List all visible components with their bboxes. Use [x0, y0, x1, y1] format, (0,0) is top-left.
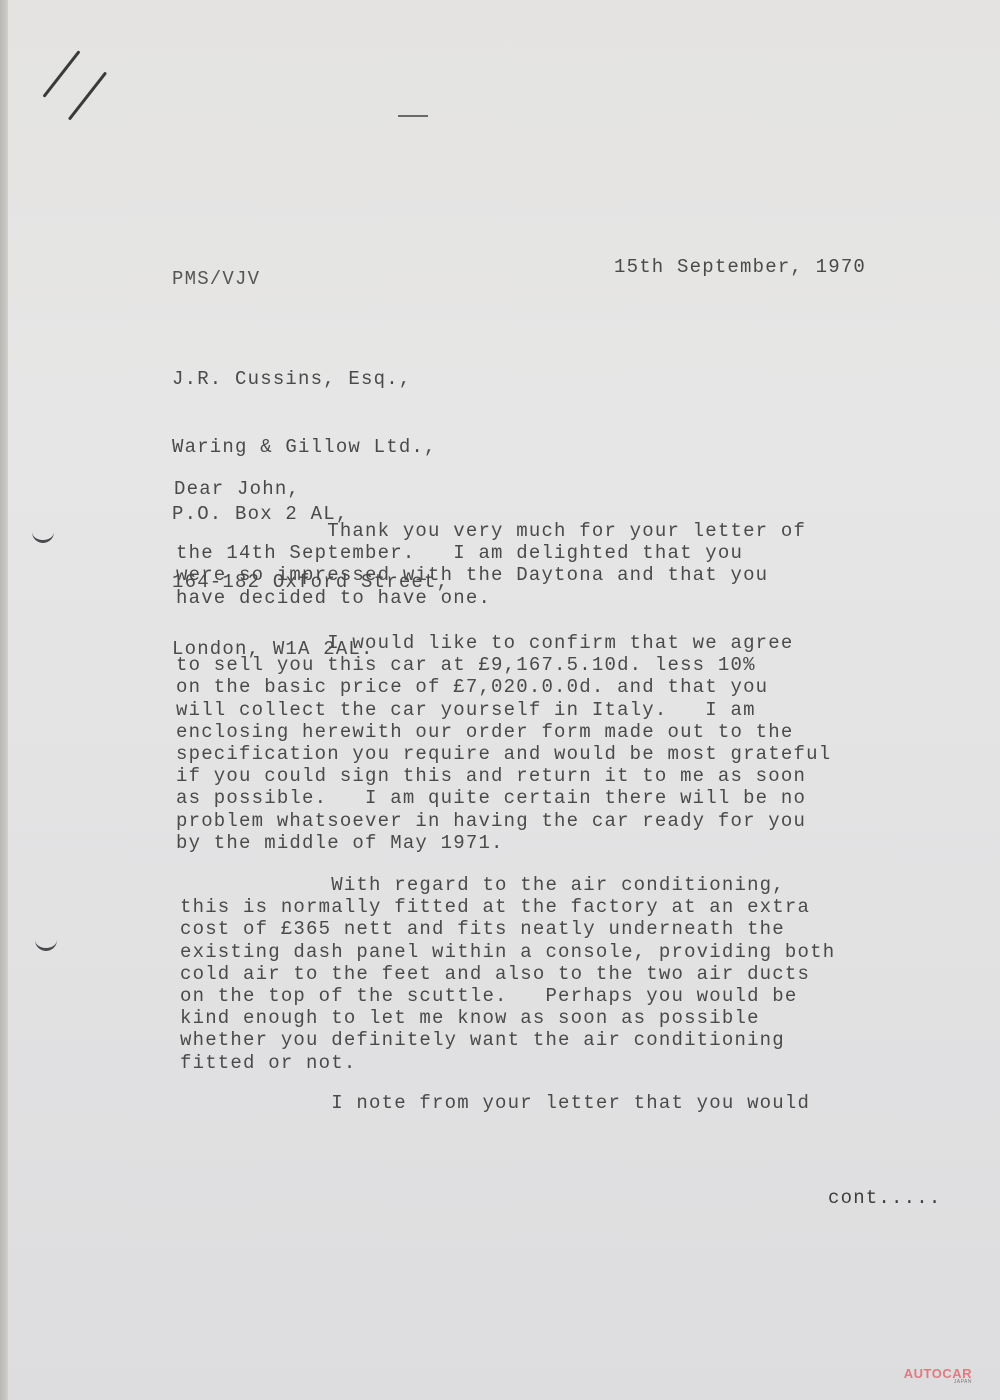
text-line: this is normally fitted at the factory a…: [180, 896, 835, 918]
publisher-watermark: AUTOCAR JAPAN: [904, 1366, 972, 1385]
paragraph-note: I note from your letter that you would: [180, 1092, 810, 1114]
text-line: kind enough to let me know as soon as po…: [180, 1007, 835, 1029]
text-line: fitted or not.: [180, 1052, 835, 1074]
text-line: Thank you very much for your letter of: [176, 520, 806, 542]
text-line: I would like to confirm that we agree: [176, 632, 831, 654]
ink-mark: [398, 115, 428, 117]
letter-date: 15th September, 1970: [614, 256, 866, 278]
text-line: to sell you this car at £9,167.5.10d. le…: [176, 654, 831, 676]
text-line: specification you require and would be m…: [176, 743, 831, 765]
paragraph-air-conditioning: With regard to the air conditioning,this…: [180, 874, 835, 1074]
text-line: enclosing herewith our order form made o…: [176, 721, 831, 743]
text-line: on the top of the scuttle. Perhaps you w…: [180, 985, 835, 1007]
address-line: Waring & Gillow Ltd.,: [172, 436, 449, 459]
text-line: as possible. I am quite certain there wi…: [176, 787, 831, 809]
text-line: the 14th September. I am delighted that …: [176, 542, 806, 564]
paragraph-thanks: Thank you very much for your letter ofth…: [176, 520, 806, 609]
text-line: were so impressed with the Daytona and t…: [176, 564, 806, 586]
recipient-address: J.R. Cussins, Esq., Waring & Gillow Ltd.…: [172, 323, 449, 683]
staple-mark: [68, 71, 107, 120]
text-line: whether you definitely want the air cond…: [180, 1029, 835, 1051]
text-line: existing dash panel within a console, pr…: [180, 941, 835, 963]
text-line: problem whatsoever in having the car rea…: [176, 810, 831, 832]
continuation-marker: cont.....: [828, 1187, 941, 1209]
address-line: J.R. Cussins, Esq.,: [172, 368, 449, 391]
text-line: I note from your letter that you would: [180, 1092, 810, 1114]
salutation: Dear John,: [174, 478, 300, 500]
reference-code: PMS/VJV: [172, 268, 260, 290]
text-line: have decided to have one.: [176, 587, 806, 609]
text-line: will collect the car yourself in Italy. …: [176, 699, 831, 721]
text-line: on the basic price of £7,020.0.0d. and t…: [176, 676, 831, 698]
punch-hole-mark: [35, 938, 57, 951]
text-line: if you could sign this and return it to …: [176, 765, 831, 787]
punch-hole-mark: [32, 530, 54, 543]
text-line: With regard to the air conditioning,: [180, 874, 835, 896]
text-line: by the middle of May 1971.: [176, 832, 831, 854]
text-line: cold air to the feet and also to the two…: [180, 963, 835, 985]
staple-mark: [42, 50, 80, 98]
paragraph-price-confirmation: I would like to confirm that we agreeto …: [176, 632, 831, 854]
text-line: cost of £365 nett and fits neatly undern…: [180, 918, 835, 940]
